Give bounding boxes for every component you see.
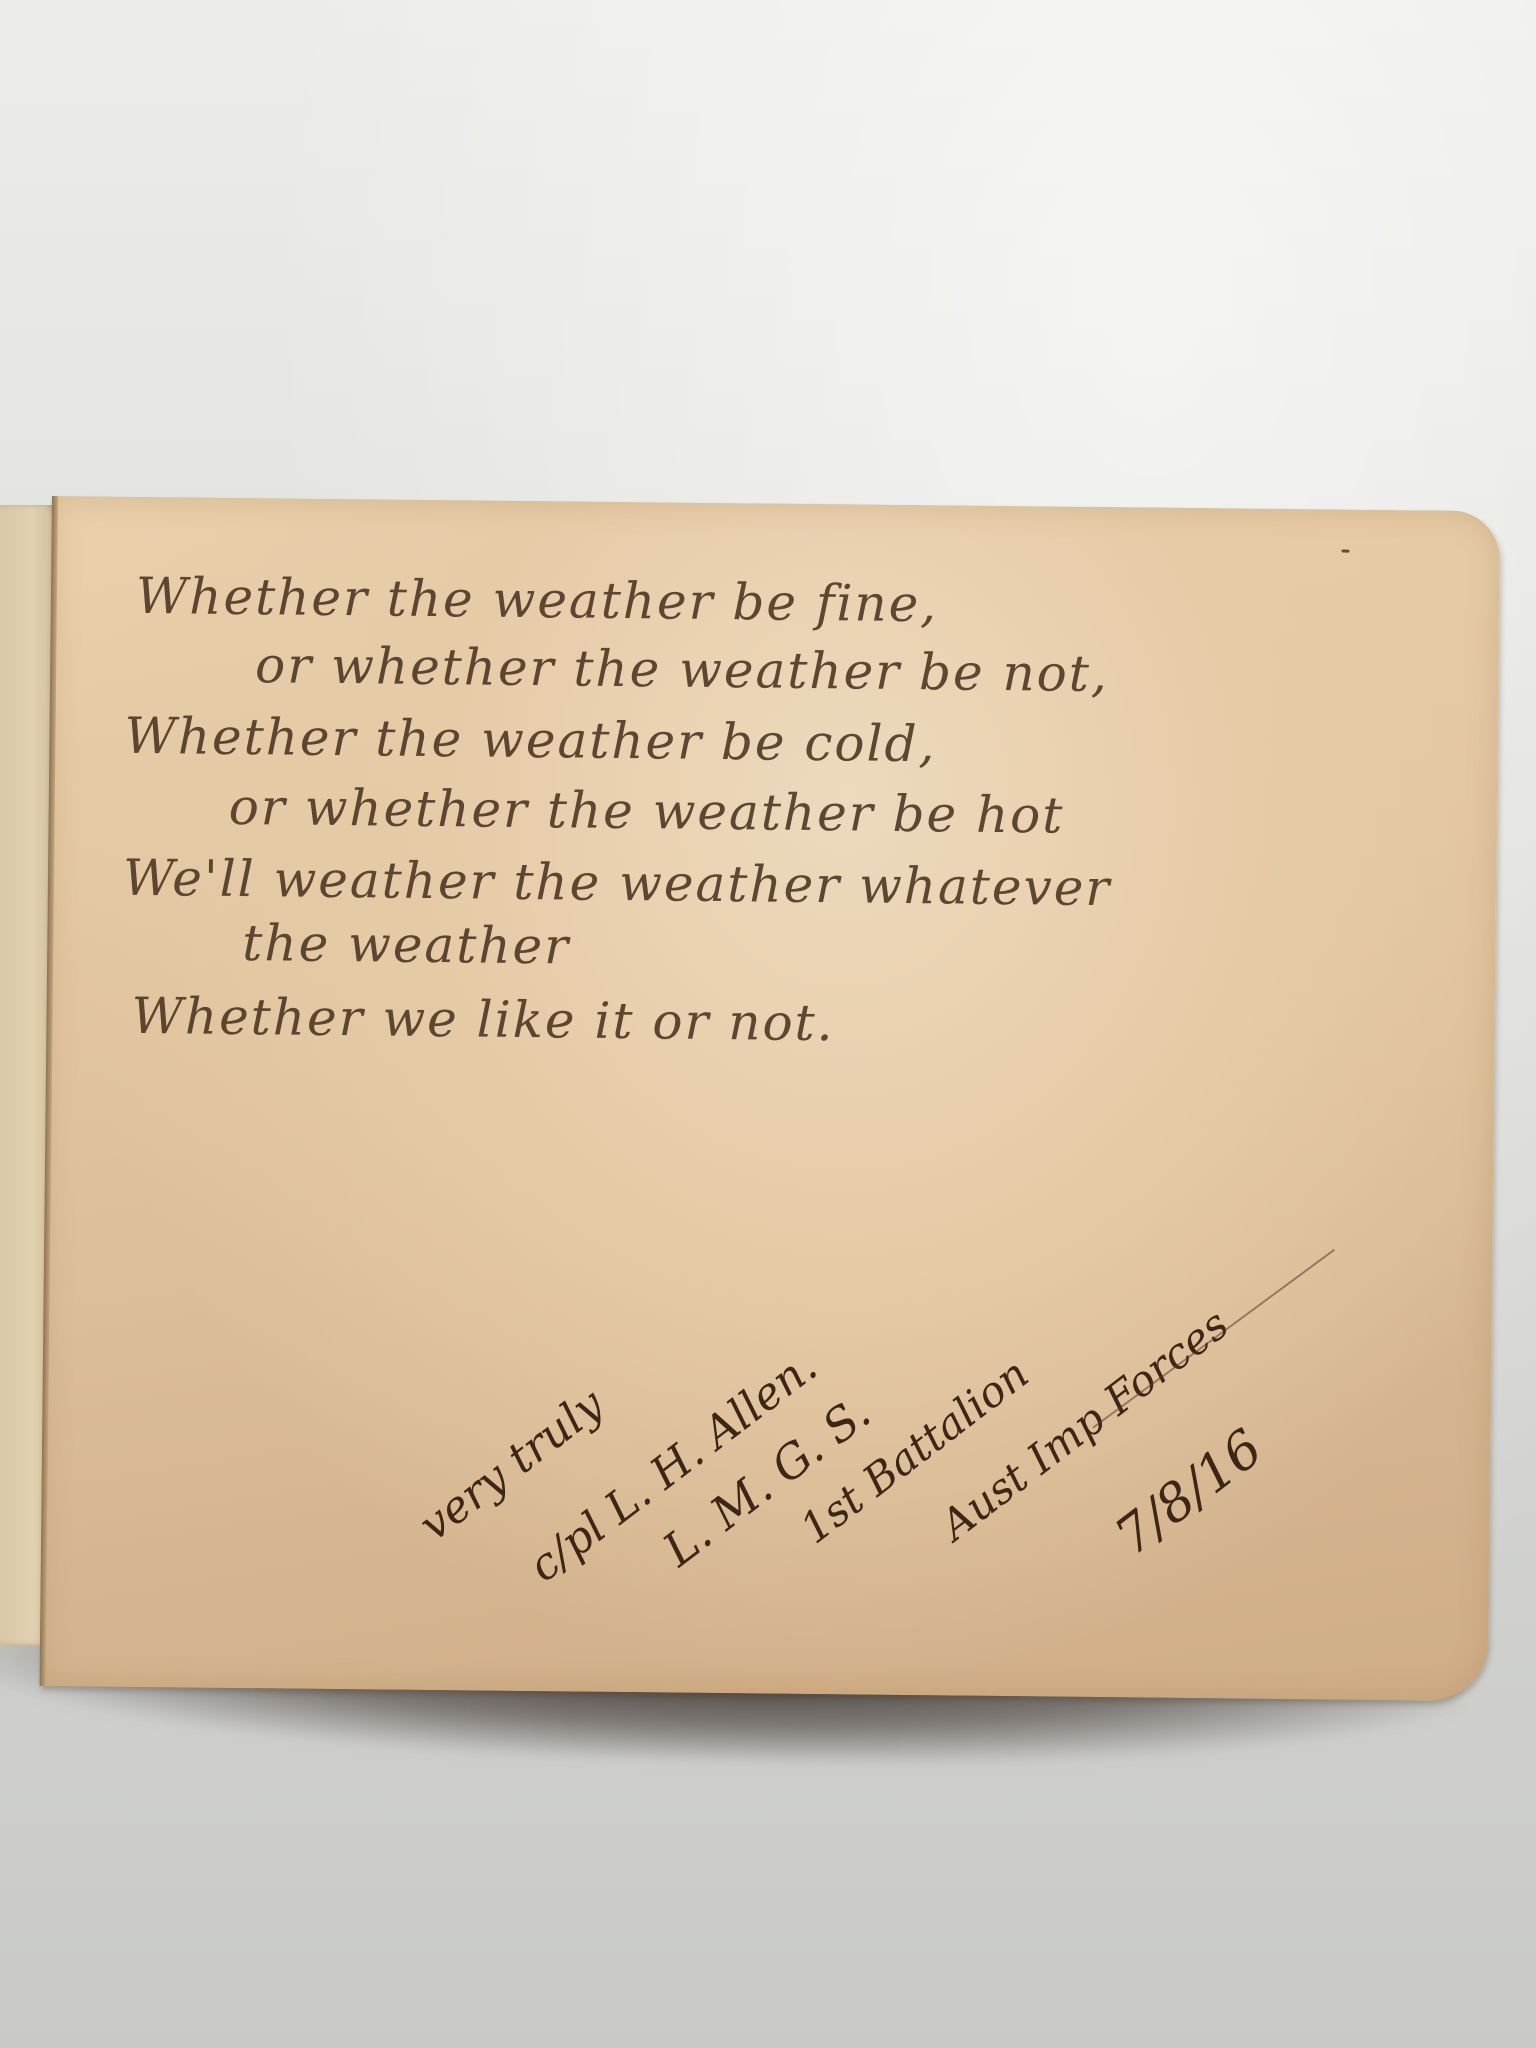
signature-date: 7/8/16 <box>1104 1418 1273 1567</box>
poem-line-6: the weather <box>242 914 570 975</box>
poem-line-7: Whether we like it or not. <box>131 987 835 1052</box>
poem-line-1: Whether the weather be fine, <box>136 567 939 633</box>
poem-line-3: Whether the weather be cold, <box>124 707 937 774</box>
paper-speck <box>1341 550 1349 553</box>
album-page: Whether the weather be fine, or whether … <box>40 496 1500 1701</box>
poem-line-4: or whether the weather be hot <box>228 778 1064 845</box>
poem-line-2: or whether the weather be not, <box>255 636 1109 703</box>
poem-line-5: We'll weather the weather whatever <box>123 849 1112 917</box>
signature-block: very truly c/pl L. H. Allen. L. M. G. S.… <box>400 1140 1305 1669</box>
poem-block: Whether the weather be fine, or whether … <box>126 567 1446 581</box>
